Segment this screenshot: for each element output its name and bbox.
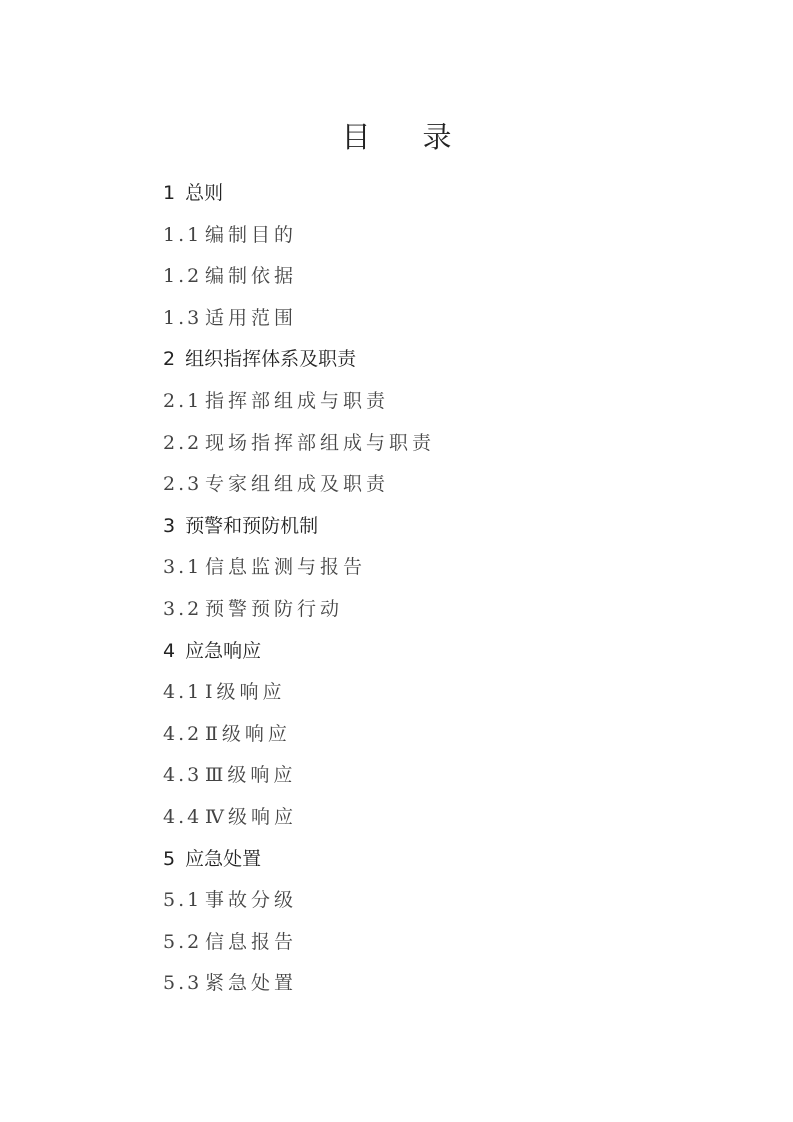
toc-entry-1[interactable]: 1总则	[163, 176, 435, 218]
table-of-contents: 1总则 1.1编制目的 1.2编制依据 1.3适用范围 2组织指挥体系及职责 2…	[163, 176, 435, 1008]
toc-number: 3.2	[163, 592, 197, 626]
toc-entry-3-1[interactable]: 3.1信息监测与报告	[163, 550, 435, 592]
toc-text: 指挥部组成与职责	[205, 384, 389, 418]
toc-entry-5[interactable]: 5应急处置	[163, 842, 435, 884]
toc-number: 4.2	[163, 717, 197, 751]
title-char-1: 目	[341, 115, 370, 156]
toc-text: 应急处置	[185, 842, 261, 876]
toc-entry-1-2[interactable]: 1.2编制依据	[163, 259, 435, 301]
toc-text: 预警预防行动	[205, 592, 343, 626]
toc-number: 2.1	[163, 384, 197, 418]
toc-text: 总则	[185, 176, 223, 210]
toc-text: 专家组组成及职责	[205, 467, 389, 501]
page-title: 目录	[0, 115, 793, 156]
toc-text: Ⅰ级响应	[205, 675, 286, 709]
toc-entry-1-3[interactable]: 1.3适用范围	[163, 301, 435, 343]
toc-entry-1-1[interactable]: 1.1编制目的	[163, 218, 435, 260]
toc-entry-2-2[interactable]: 2.2现场指挥部组成与职责	[163, 426, 435, 468]
toc-text: 编制目的	[205, 218, 297, 252]
toc-entry-3-2[interactable]: 3.2预警预防行动	[163, 592, 435, 634]
toc-entry-4[interactable]: 4应急响应	[163, 634, 435, 676]
toc-text: 现场指挥部组成与职责	[205, 426, 435, 460]
toc-text: 信息报告	[205, 925, 297, 959]
toc-entry-4-4[interactable]: 4.4Ⅳ级响应	[163, 800, 435, 842]
toc-number: 1	[163, 176, 175, 210]
document-page: 目录 1总则 1.1编制目的 1.2编制依据 1.3适用范围 2组织指挥体系及职…	[0, 0, 793, 1122]
toc-number: 1.1	[163, 218, 197, 252]
toc-number: 5.1	[163, 883, 197, 917]
toc-entry-4-3[interactable]: 4.3Ⅲ级响应	[163, 758, 435, 800]
toc-number: 5.2	[163, 925, 197, 959]
toc-entry-2[interactable]: 2组织指挥体系及职责	[163, 342, 435, 384]
toc-number: 2	[163, 342, 175, 376]
toc-text: Ⅳ级响应	[205, 800, 297, 834]
toc-number: 1.3	[163, 301, 197, 335]
toc-entry-5-1[interactable]: 5.1事故分级	[163, 883, 435, 925]
toc-number: 4.3	[163, 758, 197, 792]
toc-text: 紧急处置	[205, 966, 297, 1000]
toc-entry-4-2[interactable]: 4.2 Ⅱ级响应	[163, 717, 435, 759]
toc-number: 4.4	[163, 800, 197, 834]
toc-text: 信息监测与报告	[205, 550, 366, 584]
toc-number: 4.1	[163, 675, 197, 709]
toc-number: 4	[163, 634, 175, 668]
toc-number: 5.3	[163, 966, 197, 1000]
toc-text: 适用范围	[205, 301, 297, 335]
toc-entry-2-1[interactable]: 2.1指挥部组成与职责	[163, 384, 435, 426]
toc-text: 编制依据	[205, 259, 297, 293]
toc-number: 1.2	[163, 259, 197, 293]
toc-entry-5-3[interactable]: 5.3紧急处置	[163, 966, 435, 1008]
toc-number: 2.2	[163, 426, 197, 460]
toc-entry-4-1[interactable]: 4.1 Ⅰ级响应	[163, 675, 435, 717]
toc-text: 应急响应	[185, 634, 261, 668]
toc-number: 3.1	[163, 550, 197, 584]
toc-text: 组织指挥体系及职责	[185, 342, 356, 376]
toc-number: 5	[163, 842, 175, 876]
toc-text: Ⅲ级响应	[205, 758, 296, 792]
toc-number: 3	[163, 509, 175, 543]
toc-number: 2.3	[163, 467, 197, 501]
toc-entry-2-3[interactable]: 2.3专家组组成及职责	[163, 467, 435, 509]
toc-text: Ⅱ级响应	[205, 717, 291, 751]
toc-entry-5-2[interactable]: 5.2信息报告	[163, 925, 435, 967]
toc-text: 事故分级	[205, 883, 297, 917]
toc-entry-3[interactable]: 3预警和预防机制	[163, 509, 435, 551]
toc-text: 预警和预防机制	[185, 509, 318, 543]
title-char-2: 录	[423, 115, 452, 156]
